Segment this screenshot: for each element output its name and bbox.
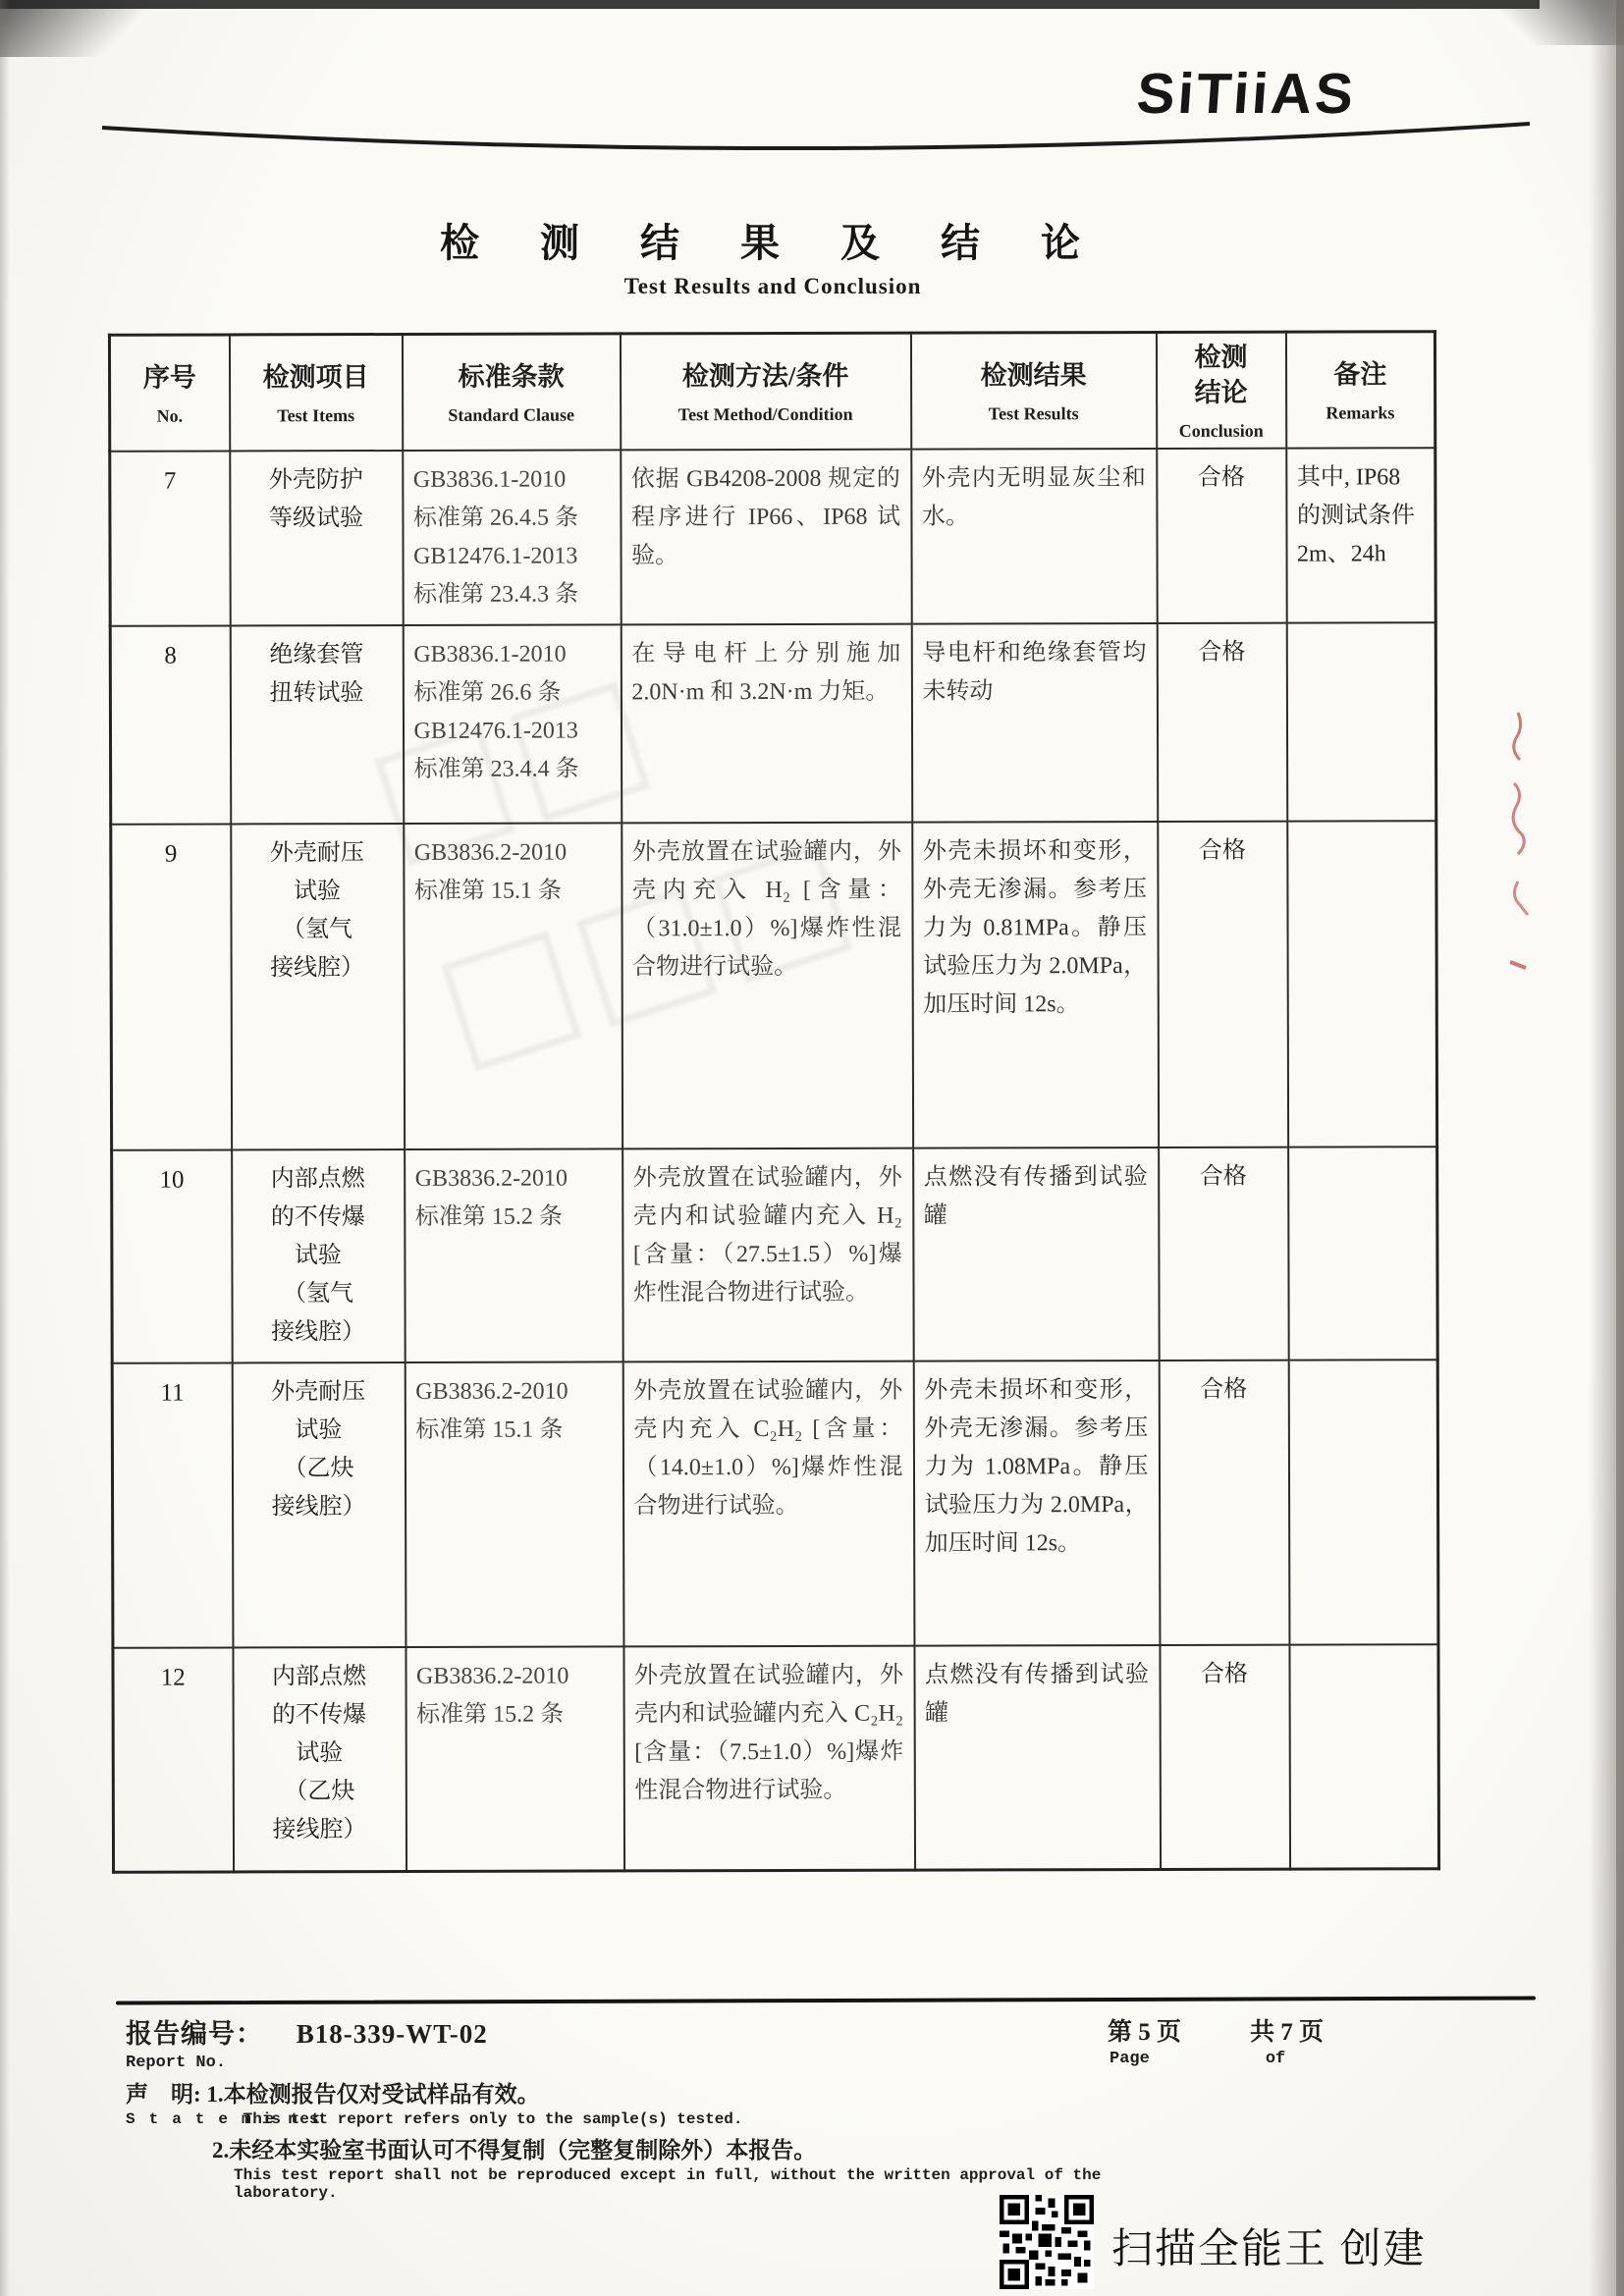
cell-standard-clause: GB3836.2-2010 标准第 15.1 条	[405, 1362, 623, 1647]
cell-conclusion: 合格	[1157, 623, 1287, 822]
cell-remarks: 其中, IP68 的测试条件 2m、24h	[1286, 448, 1435, 622]
cell-conclusion: 合格	[1159, 1361, 1289, 1645]
page-indicator-en: Pageof	[1110, 2050, 1285, 2068]
cell-test-result: 点燃没有传播到试验罐	[913, 1148, 1160, 1362]
cell-standard-clause: GB3836.2-2010 标准第 15.2 条	[406, 1646, 624, 1871]
header-conclusion: 检测 结论Conclusion	[1156, 332, 1285, 449]
statement-line2-zh: 2.未经本实验室书面认可不得复制（完整复制除外）本报告。	[212, 2132, 1108, 2164]
page-indicator: 第 5 页共 7 页	[1108, 2012, 1324, 2048]
results-table: 序号No. 检测项目Test Items 标准条款Standard Clause…	[108, 330, 1440, 1873]
cell-test-item: 内部点燃 的不传爆 试验 （乙炔 接线腔）	[233, 1647, 406, 1871]
table-row: 7 外壳防护 等级试验 GB3836.1-2010 标准第 26.4.5 条 G…	[110, 448, 1435, 626]
table-row: 12 内部点燃 的不传爆 试验 （乙炔 接线腔） GB3836.2-2010 标…	[113, 1644, 1439, 1872]
cell-test-method: 外壳放置在试验罐内，外壳内和试验罐内充入 C₂H₂ [含量：（7.5±1.0）%…	[623, 1646, 915, 1871]
cell-test-item: 外壳防护 等级试验	[230, 451, 403, 625]
qr-code	[1000, 2195, 1094, 2289]
header-test-method: 检测方法/条件Test Method/Condition	[620, 333, 910, 450]
scanner-app-note: 扫描全能王 创建	[1111, 2216, 1427, 2275]
cell-test-method: 外壳放置在试验罐内，外壳内充入 H₂ [含量：（31.0±1.0）%]爆炸性混合…	[622, 823, 913, 1149]
cell-test-result: 外壳未损坏和变形，外壳无渗漏。参考压力为 0.81MPa。静压试验压力为 2.0…	[912, 822, 1159, 1148]
cell-test-result: 外壳内无明显灰尘和水。	[911, 449, 1157, 624]
header-rule-line	[94, 110, 1538, 188]
statement-text-en: This test report refers only to the samp…	[244, 2110, 743, 2128]
page-title: 检 测 结 果 及 结 论	[118, 212, 1428, 268]
red-ink-annotation	[1489, 705, 1538, 999]
of-label-en: of	[1266, 2050, 1285, 2068]
cell-standard-clause: GB3836.2-2010 标准第 15.2 条	[405, 1148, 623, 1362]
scan-edge-shadow-right-dark	[1616, 0, 1624, 2296]
cell-conclusion: 合格	[1160, 1645, 1290, 1869]
scanned-page: □□□□□ SiTiiAS 检 测 结 果 及 结 论 Test Results…	[0, 0, 1624, 2296]
header-no: 序号No.	[109, 335, 229, 452]
table-row: 8 绝缘套管 扭转试验 GB3836.1-2010 标准第 26.6 条 GB1…	[110, 622, 1436, 825]
cell-test-item: 外壳耐压 试验 （乙炔 接线腔）	[232, 1362, 406, 1647]
cell-no: 7	[110, 451, 230, 625]
page-label-en: Page	[1110, 2050, 1150, 2068]
report-number-label-zh: 报告编号：	[126, 2019, 263, 2049]
cell-remarks	[1288, 1360, 1438, 1644]
cell-no: 9	[111, 824, 232, 1149]
cell-test-result: 导电杆和绝缘套管均未转动	[911, 623, 1158, 823]
cell-test-method: 外壳放置在试验罐内，外壳内充入 C₂H₂ [含量：（14.0±1.0）%]爆炸性…	[623, 1362, 914, 1647]
page-total: 共 7 页	[1250, 2019, 1324, 2046]
cell-test-item: 绝缘套管 扭转试验	[230, 625, 404, 824]
footer-rule-line	[116, 1996, 1536, 2004]
statement-line1-en: Statement This test report refers only t…	[126, 2110, 1108, 2128]
page-current: 第 5 页	[1108, 2019, 1181, 2046]
cell-remarks	[1287, 821, 1437, 1147]
cell-no: 10	[112, 1149, 233, 1362]
cell-standard-clause: GB3836.1-2010 标准第 26.6 条 GB12476.1-2013 …	[403, 624, 622, 824]
cell-test-method: 在导电杆上分别施加 2.0N·m 和 3.2N·m 力矩。	[621, 624, 912, 824]
cell-no: 11	[112, 1362, 233, 1647]
header-test-results: 检测结果Test Results	[910, 332, 1156, 449]
statement-label-en: Statement	[126, 2110, 234, 2128]
cell-standard-clause: GB3836.2-2010 标准第 15.1 条	[404, 823, 623, 1149]
report-number-label-en: Report No.	[126, 2054, 1108, 2072]
cell-remarks	[1286, 622, 1436, 821]
cell-remarks	[1288, 1147, 1438, 1360]
cell-conclusion: 合格	[1158, 822, 1288, 1148]
header-remarks: 备注Remarks	[1285, 332, 1435, 449]
report-number-value: B18-339-WT-02	[297, 2019, 488, 2049]
cell-test-method: 外壳放置在试验罐内，外壳内和试验罐内充入 H₂ [含量：（27.5±1.5）%]…	[623, 1148, 914, 1362]
table-row: 11 外壳耐压 试验 （乙炔 接线腔） GB3836.2-2010 标准第 15…	[112, 1360, 1438, 1648]
footer-block: 报告编号： B18-339-WT-02 Report No. 声 明: 1.本检…	[126, 2012, 1108, 2202]
table-header-row: 序号No. 检测项目Test Items 标准条款Standard Clause…	[109, 332, 1435, 452]
cell-test-method: 依据 GB4208-2008 规定的程序进行 IP66、IP68 试验。	[621, 450, 911, 625]
header-standard-clause: 标准条款Standard Clause	[402, 334, 620, 451]
statement-line1-zh: 声 明: 1.本检测报告仅对受试样品有效。	[126, 2076, 1108, 2109]
cell-test-item: 外壳耐压 试验 （氢气 接线腔）	[231, 824, 405, 1149]
scan-corner-shadow-topleft	[0, 0, 167, 57]
table-row: 10 内部点燃 的不传爆 试验 （氢气 接线腔） GB3836.2-2010 标…	[112, 1147, 1438, 1363]
header-test-items: 检测项目Test Items	[229, 334, 402, 451]
scan-edge-shadow-left	[0, 0, 10, 2296]
cell-test-result: 外壳未损坏和变形，外壳无渗漏。参考压力为 1.08MPa。静压试验压力为 2.0…	[913, 1361, 1160, 1646]
report-number-line: 报告编号： B18-339-WT-02	[126, 2012, 1108, 2051]
cell-standard-clause: GB3836.1-2010 标准第 26.4.5 条 GB12476.1-201…	[403, 450, 621, 625]
cell-test-item: 内部点燃 的不传爆 试验 （氢气 接线腔）	[232, 1149, 406, 1362]
cell-test-result: 点燃没有传播到试验罐	[914, 1645, 1161, 1870]
statement-line2-en: This test report shall not be reproduced…	[234, 2166, 1108, 2202]
scan-edge-artifact-top	[0, 0, 1540, 9]
cell-no: 8	[110, 625, 231, 824]
table-row: 9 外壳耐压 试验 （氢气 接线腔） GB3836.2-2010 标准第 15.…	[111, 821, 1437, 1150]
cell-no: 12	[113, 1647, 234, 1871]
cell-conclusion: 合格	[1157, 449, 1286, 623]
page-subtitle: Test Results and Conclusion	[118, 274, 1428, 299]
cell-remarks	[1289, 1644, 1439, 1868]
cell-conclusion: 合格	[1159, 1148, 1289, 1361]
